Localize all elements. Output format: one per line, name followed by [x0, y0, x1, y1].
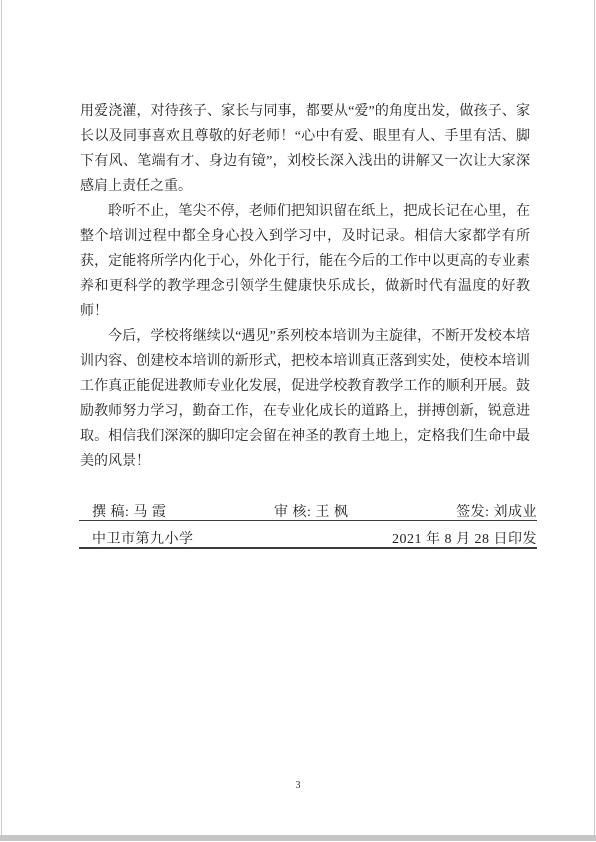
- page-number: 3: [0, 780, 596, 791]
- page-left-edge: [1, 0, 2, 836]
- issuer-credit: 签发: 刘成业: [456, 501, 537, 521]
- organization-name: 中卫市第九小学: [92, 528, 194, 548]
- paragraph-future-plans: 今后，学校将继续以“遇见”系列校本培训为主旋律，不断开发校本培训内容、创建校本培…: [80, 324, 530, 474]
- paragraph-listening-notes: 聆听不止，笔尖不停，老师们把知识留在纸上，把成长记在心里，在整个培训过程中都全身…: [80, 199, 530, 324]
- reviewer-credit: 审 核: 王 枫: [274, 501, 348, 521]
- print-date: 2021 年 8 月 28 日印发: [392, 528, 537, 548]
- divider-top-rule: [79, 520, 537, 521]
- imprint-row: 中卫市第九小学 2021 年 8 月 28 日印发: [80, 528, 537, 548]
- paragraph-love-continuation: 用爱浇灌，对待孩子、家长与同事，都要从“爱”的角度出发，做孩子、家长以及同事喜欢…: [80, 99, 530, 199]
- page-right-edge: [594, 0, 595, 836]
- page-bottom-separator: [0, 835, 596, 841]
- document-page: 用爱浇灌，对待孩子、家长与同事，都要从“爱”的角度出发，做孩子、家长以及同事喜欢…: [0, 0, 596, 842]
- document-body: 用爱浇灌，对待孩子、家长与同事，都要从“爱”的角度出发，做孩子、家长以及同事喜欢…: [80, 99, 530, 474]
- divider-bottom-rule: [79, 547, 537, 549]
- drafter-credit: 撰 稿: 马 霞: [92, 501, 166, 521]
- signature-row: 撰 稿: 马 霞 审 核: 王 枫 签发: 刘成业: [80, 501, 537, 521]
